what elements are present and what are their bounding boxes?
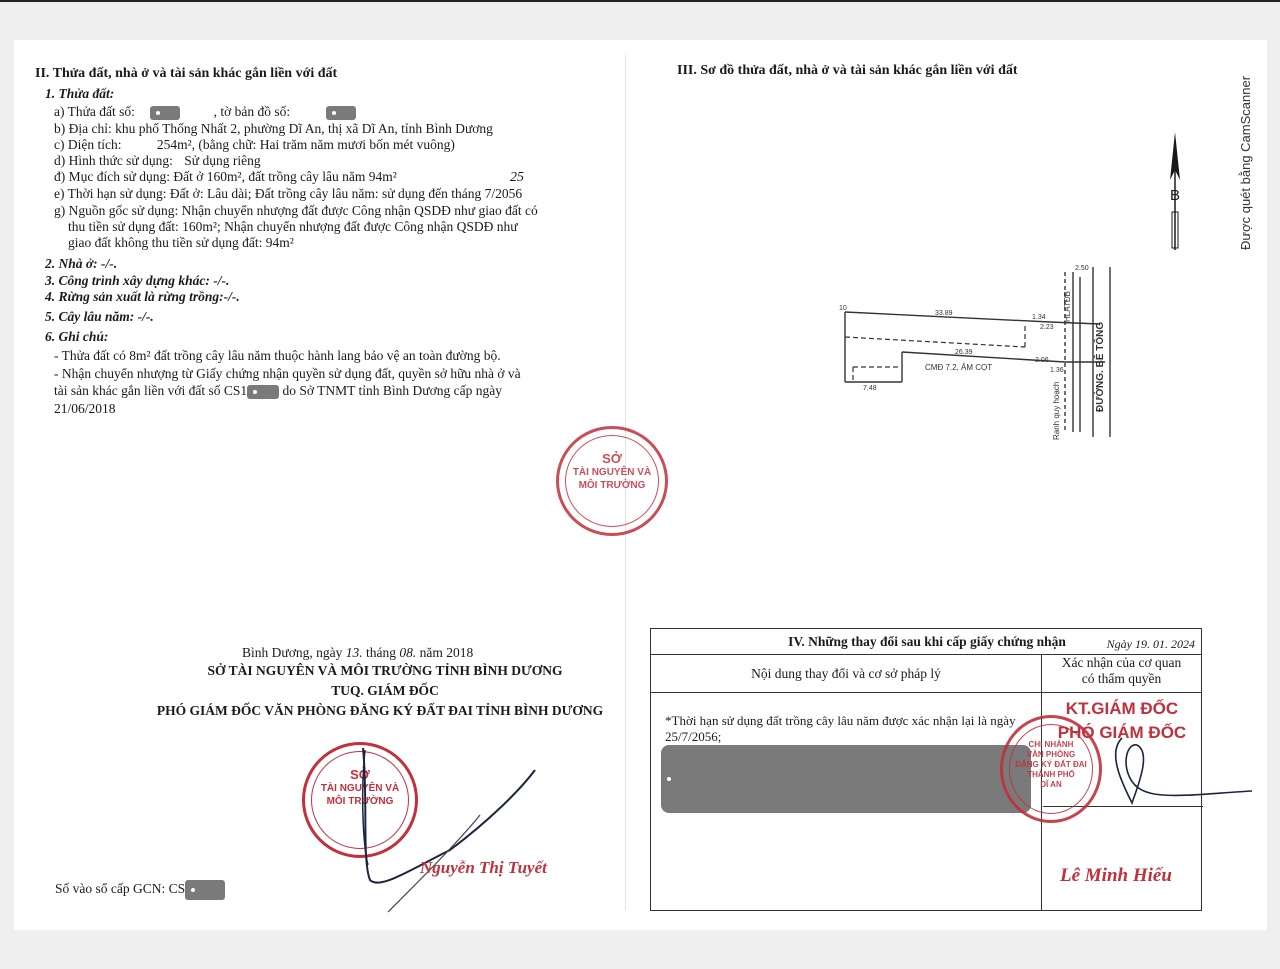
branch-office-stamp: CHI NHÁNH VĂN PHÒNG ĐĂNG KÝ ĐẤT ĐAI THÀN… (1000, 715, 1102, 823)
parcel-number-row: a) Thửa đất số: , tờ bản đồ số: (54, 104, 356, 120)
svg-text:2.50: 2.50 (1075, 265, 1089, 272)
redacted-change-details (661, 745, 1031, 813)
item4-forest: 4. Rừng sản xuất là rừng trồng:-/-. (45, 289, 240, 305)
date-day: 13. (346, 645, 363, 660)
stamp2-line5: DĨ AN (1003, 780, 1099, 790)
svg-text:CMĐ 7.2, ÂM CỌT: CMĐ 7.2, ÂM CỌT (925, 363, 992, 372)
stamp-text-line2: TÀI NGUYÊN VÀ (559, 466, 665, 479)
svg-text:1.36: 1.36 (1050, 367, 1064, 374)
gcn-register-label: Số vào sổ cấp GCN: CS (55, 881, 185, 896)
svg-text:1.34: 1.34 (1032, 314, 1046, 321)
stamp2-line3: ĐĂNG KÝ ĐẤT ĐAI (1003, 760, 1099, 770)
redacted-parcel-number (150, 106, 180, 120)
redacted-gcn-number (185, 880, 225, 900)
changes-handwritten-date: Ngày 19. 01. 2024 (1107, 637, 1195, 652)
col-header-content: Nội dung thay đổi và cơ sở pháp lý (651, 655, 1042, 693)
official-stamp-middle: SỞ TÀI NGUYÊN VÀ MÔI TRƯỜNG (556, 426, 668, 536)
signature-scribble-right (1092, 733, 1252, 833)
svg-text:ĐƯỜNG. BÊ TÔNG: ĐƯỜNG. BÊ TÔNG (1093, 322, 1106, 412)
address-row: b) Địa chỉ: khu phố Thống Nhất 2, phường… (54, 121, 493, 137)
svg-text:HLATĐB: HLATĐB (1063, 291, 1072, 322)
changes-table: IV. Những thay đổi sau khi cấp giấy chứn… (650, 628, 1202, 911)
origin-row-3: giao đất không thu tiền sử dụng đất: 94m… (68, 235, 294, 251)
area-row: c) Diện tích: 254m², (bằng chữ: Hai trăm… (54, 137, 455, 153)
changes-title-cell: IV. Những thay đổi sau khi cấp giấy chứn… (651, 629, 1202, 655)
svg-text:26.39: 26.39 (955, 349, 973, 356)
stamp2-line2: VĂN PHÒNG (1003, 750, 1099, 760)
note-2-line-3: 21/06/2018 (54, 401, 116, 417)
parcel-number-label: a) Thửa đất số: (54, 104, 135, 119)
watermark-text: Được quét bằng CamScanner (1238, 76, 1253, 250)
note-2-cert-prefix: tài sản khác gắn liền với đất số CS1 (54, 383, 247, 398)
note-2-line-2: tài sản khác gắn liền với đất số CS1 do … (54, 383, 502, 399)
usage-form-label: d) Hình thức sử dụng: (54, 153, 173, 168)
svg-text:B: B (1170, 187, 1180, 204)
col-header-confirmation-line1: Xác nhận của cơ quan (1042, 655, 1201, 671)
note-2-issuer: do Sở TNMT tỉnh Bình Dương cấp ngày (282, 383, 501, 398)
item1-title: 1. Thửa đất: (45, 86, 114, 102)
change-line-2: 25/7/2056; (665, 729, 721, 745)
authorization-title: TUQ. GIÁM ĐỐC (130, 683, 640, 699)
svg-text:2.06: 2.06 (1035, 357, 1049, 364)
signature-scribble-left (360, 740, 540, 920)
stamp-text-line3: MÔI TRƯỜNG (559, 479, 665, 492)
signer-name-left: Nguyễn Thị Tuyết (420, 858, 547, 878)
date-month: 08. (399, 645, 416, 660)
signing-date: Bình Dương, ngày 13. tháng 08. năm 2018 (242, 645, 473, 661)
svg-text:7.48: 7.48 (863, 385, 877, 392)
redacted-map-sheet (326, 106, 356, 120)
svg-text:Ranh quy hoạch: Ranh quy hoạch (1052, 382, 1061, 440)
origin-row-1: g) Nguồn gốc sử dụng: Nhận chuyển nhượng… (54, 203, 538, 219)
item6-notes-title: 6. Ghi chú: (45, 329, 108, 345)
map-sheet-label: , tờ bản đồ số: (214, 104, 291, 119)
agency-name: SỞ TÀI NGUYÊN VÀ MÔI TRƯỜNG TỈNH BÌNH DƯ… (130, 663, 640, 679)
date-prefix: Bình Dương, ngày (242, 645, 342, 660)
svg-text:10: 10 (839, 305, 847, 312)
col-header-confirmation: Xác nhận của cơ quan có thẩm quyền (1042, 655, 1202, 693)
note-2-line-1: - Nhận chuyển nhượng từ Giấy chứng nhận … (54, 366, 521, 382)
section-ii-title: II. Thửa đất, nhà ở và tài sản khác gắn … (35, 66, 337, 82)
usage-term-row: e) Thời hạn sử dụng: Đất ở: Lâu dài; Đất… (54, 186, 522, 202)
handwritten-25: 25 (510, 170, 524, 186)
north-arrow-icon: B (1160, 130, 1190, 255)
usage-purpose-row: đ) Mục đích sử dụng: Đất ở 160m², đất tr… (54, 169, 397, 185)
origin-row-2: thu tiền sử dụng đất: 160m²; Nhận chuyển… (68, 219, 518, 235)
signer-position: PHÓ GIÁM ĐỐC VĂN PHÒNG ĐĂNG KÝ ĐẤT ĐAI T… (130, 703, 630, 719)
section-iii-title: III. Sơ đồ thửa đất, nhà ở và tài sản kh… (677, 63, 1018, 79)
usage-form-row: d) Hình thức sử dụng: Sử dụng riêng (54, 153, 261, 169)
area-label: c) Diện tích: (54, 137, 121, 152)
confirm-signer-name: Lê Minh Hiếu (1060, 865, 1172, 887)
area-value: 254m², (bằng chữ: Hai trăm năm mươi bốn … (157, 137, 455, 152)
stamp-text-so: SỞ (559, 451, 665, 466)
usage-form-value: Sử dụng riêng (184, 153, 260, 168)
svg-text:2.23: 2.23 (1040, 324, 1054, 331)
land-parcel-diagram: 33.89 26.39 7.48 2.50 1.34 2.23 2.06 1.3… (825, 262, 1125, 442)
item2-house: 2. Nhà ở: -/-. (45, 256, 117, 272)
stamp2-line4: THÀNH PHỐ (1003, 770, 1099, 780)
item3-construction: 3. Công trình xây dựng khác: -/-. (45, 273, 229, 289)
svg-text:33.89: 33.89 (935, 310, 953, 317)
item5-perennial: 5. Cây lâu năm: -/-. (45, 309, 154, 325)
col-header-confirmation-line2: có thẩm quyền (1042, 671, 1201, 687)
stamp2-line1: CHI NHÁNH (1003, 740, 1099, 750)
redacted-cert-number (247, 385, 279, 399)
date-month-label: tháng (366, 645, 396, 660)
gcn-register-row: Số vào sổ cấp GCN: CS (55, 880, 225, 900)
top-edge (0, 0, 1280, 2)
change-content-cell: *Thời hạn sử dụng đất trồng cây lâu năm … (651, 693, 1042, 911)
camscanner-watermark: Được quét bằng CamScanner (1238, 60, 1254, 260)
note-1: - Thửa đất có 8m² đất trồng cây lâu năm … (54, 348, 501, 364)
change-line-1: *Thời hạn sử dụng đất trồng cây lâu năm … (665, 713, 1016, 729)
date-year: năm 2018 (420, 645, 474, 660)
